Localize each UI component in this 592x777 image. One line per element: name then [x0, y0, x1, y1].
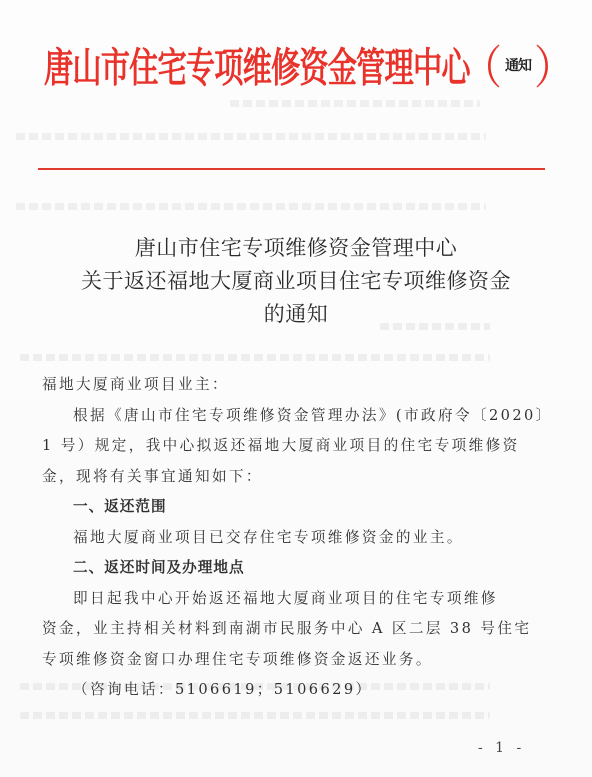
- title-line-3: 的通知: [0, 298, 592, 331]
- section-heading-scope: 一、返还范围: [42, 492, 552, 523]
- title-line-1: 唐山市住宅专项维修资金管理中心: [0, 232, 592, 265]
- doc-type-label: 通知: [505, 55, 531, 75]
- intro-line: 1 号）规定，我中心拟返还福地大厦商业项目的住宅专项维修资: [42, 431, 552, 462]
- bleed-through-text: [20, 354, 490, 361]
- bleed-through-text: [16, 133, 486, 140]
- document-title: 唐山市住宅专项维修资金管理中心 关于返还福地大厦商业项目住宅专项维修资金 的通知: [0, 232, 592, 331]
- bleed-through-text: [20, 712, 490, 719]
- intro-line: 金，现将有关事宜通知如下：: [42, 462, 552, 493]
- bleed-through-text: [16, 203, 486, 210]
- red-divider-rule: [38, 168, 545, 170]
- close-paren: ）: [534, 32, 574, 98]
- section-line: 即日起我中心开始返还福地大厦商业项目的住宅专项维修: [42, 584, 552, 615]
- document-body: 福地大厦商业项目业主： 根据《唐山市住宅专项维修资金管理办法》(市政府令〔202…: [42, 370, 552, 706]
- section-line: 资金，业主持相关材料到南湖市民服务中心 A 区二层 38 号住宅: [42, 614, 552, 645]
- masthead-doc-type: （ 通知 ）: [462, 36, 574, 93]
- open-paren: （: [462, 32, 502, 98]
- intro-line: 根据《唐山市住宅专项维修资金管理办法》(市政府令〔2020〕: [42, 401, 552, 432]
- title-line-2: 关于返还福地大厦商业项目住宅专项维修资金: [0, 265, 592, 298]
- section-line: 福地大厦商业项目已交存住宅专项维修资金的业主。: [42, 523, 552, 554]
- bleed-through-text: [230, 100, 480, 107]
- salutation: 福地大厦商业项目业主：: [42, 370, 552, 401]
- page-number: - 1 -: [478, 740, 525, 756]
- document-page: 唐山市住宅专项维修资金管理中心 （ 通知 ） 唐山市住宅专项维修资金管理中心 关…: [0, 0, 592, 777]
- contact-phone: （咨询电话：5106619；5106629）: [42, 675, 552, 706]
- section-heading-time-location: 二、返还时间及办理地点: [42, 553, 552, 584]
- masthead: 唐山市住宅专项维修资金管理中心 （ 通知 ）: [44, 40, 539, 89]
- section-line: 专项维修资金窗口办理住宅专项维修资金返还业务。: [42, 645, 552, 676]
- masthead-title: 唐山市住宅专项维修资金管理中心: [44, 36, 470, 94]
